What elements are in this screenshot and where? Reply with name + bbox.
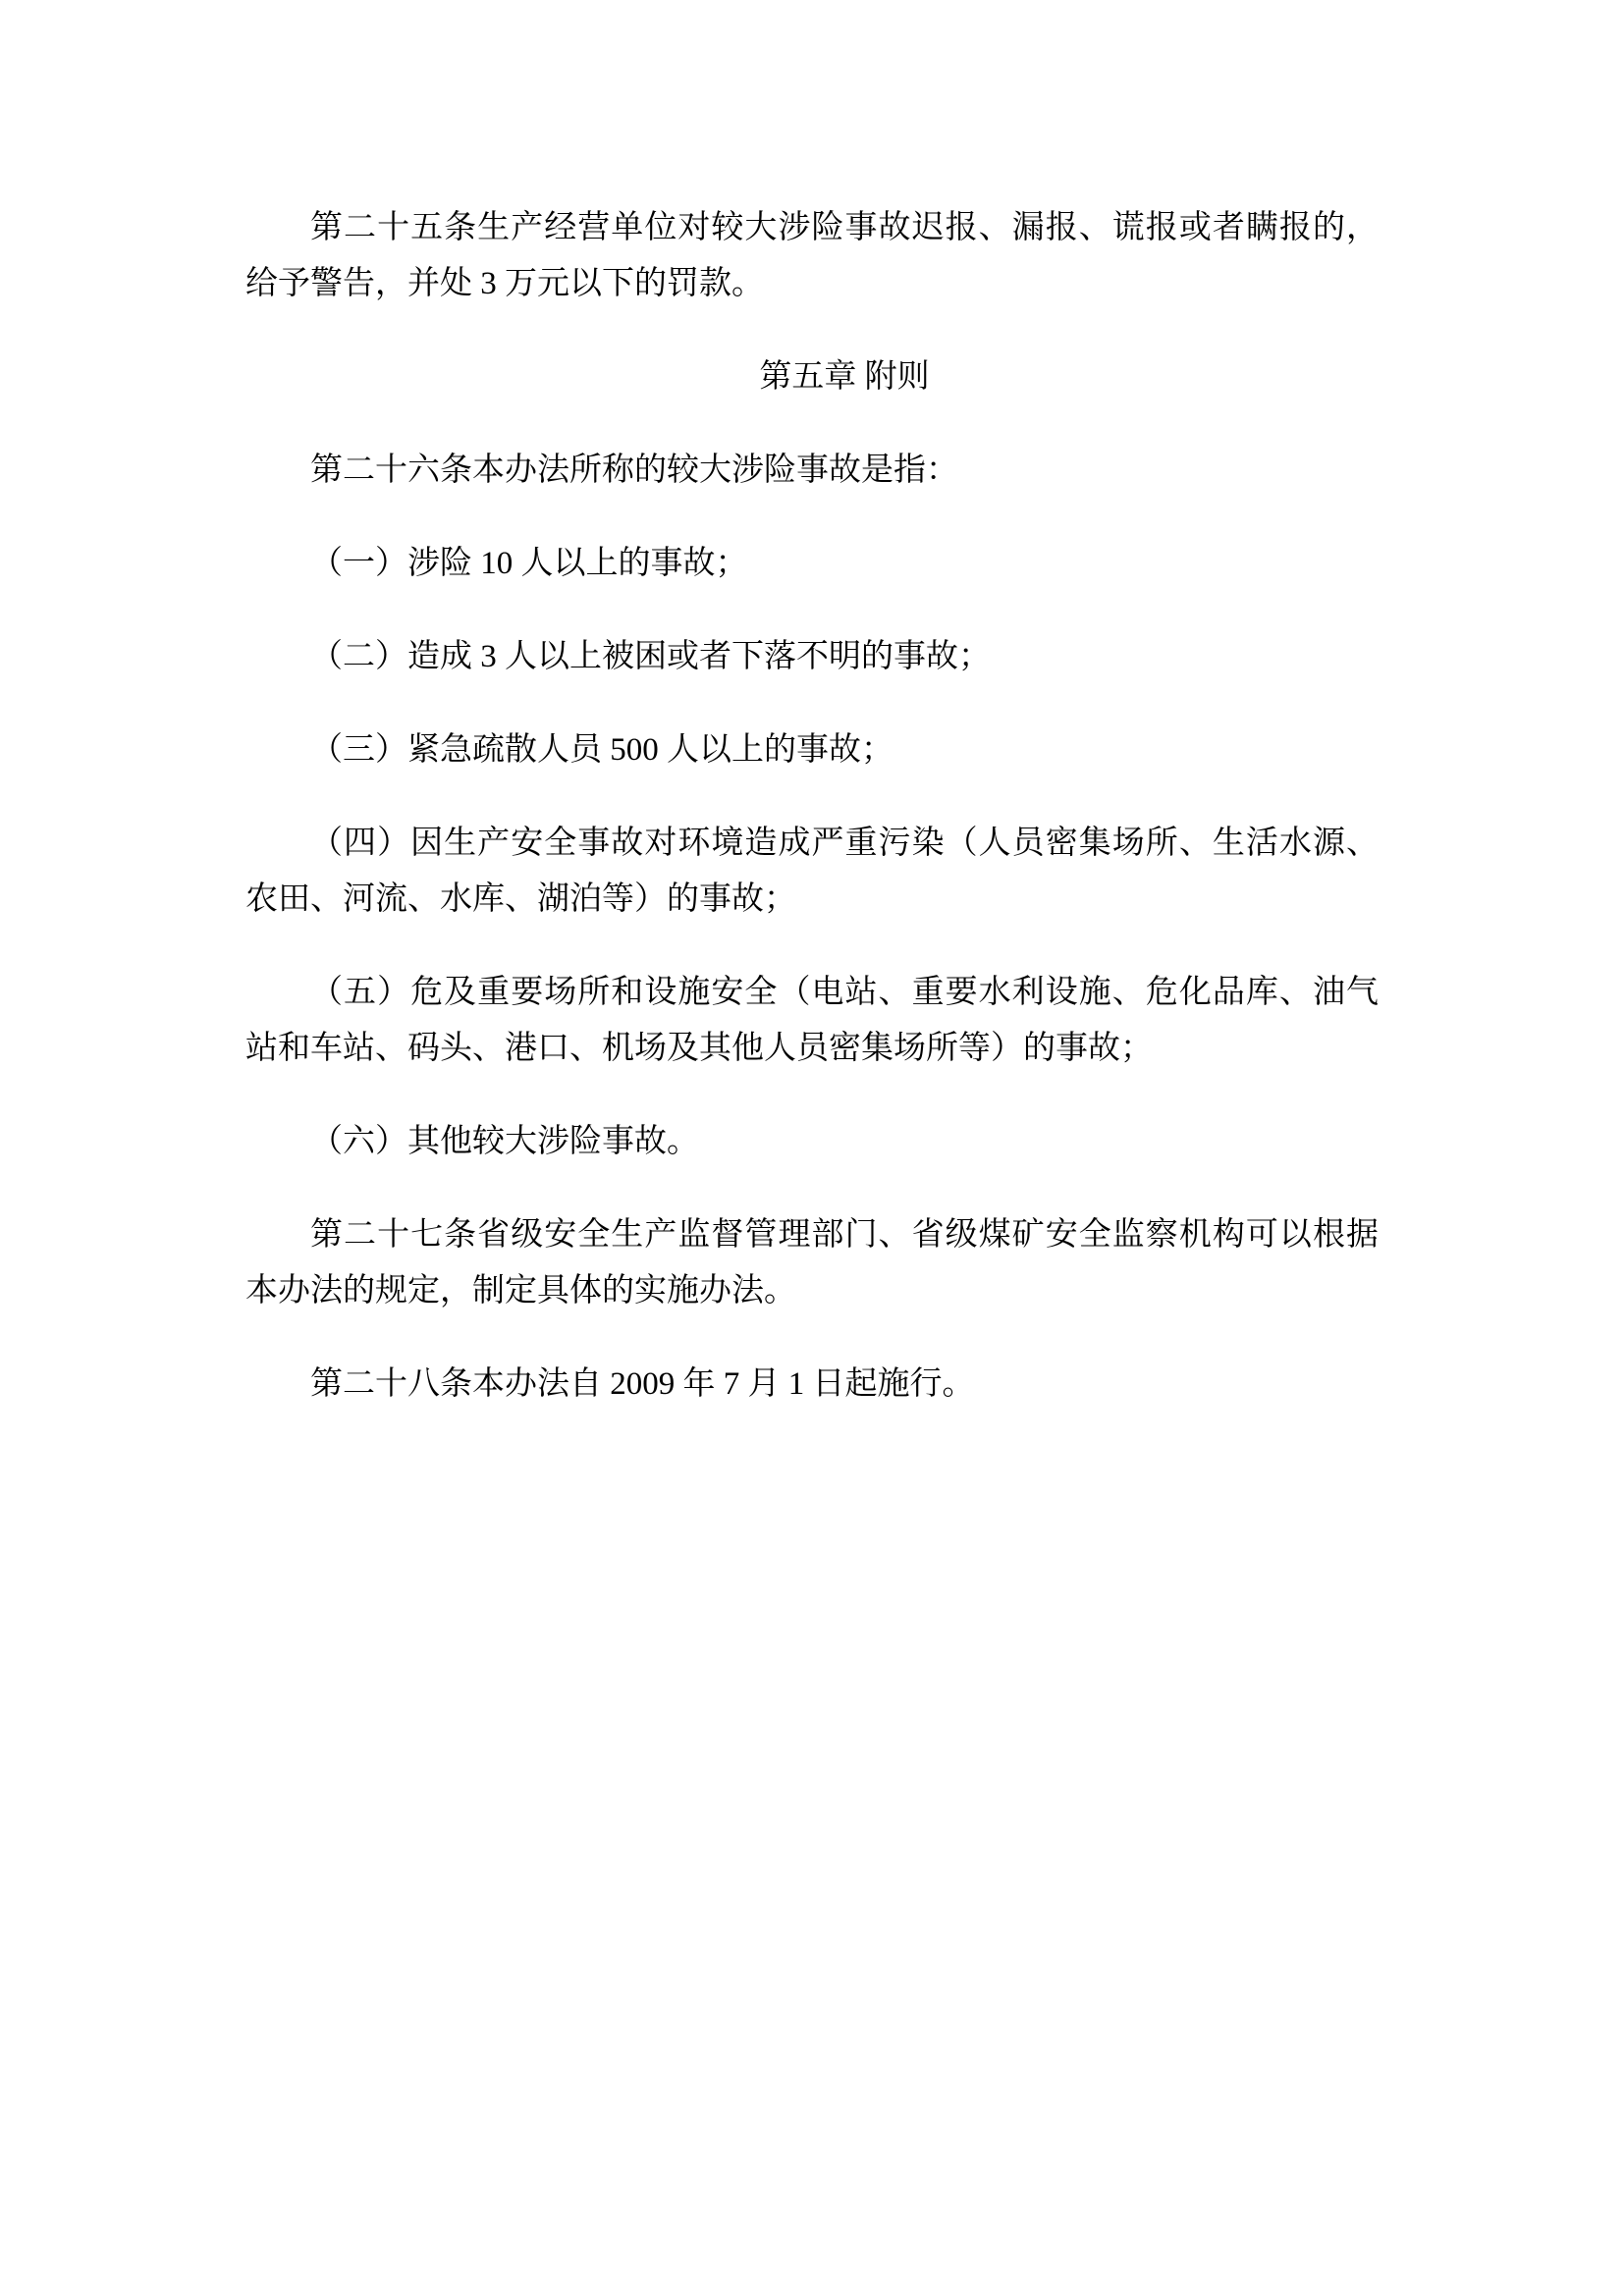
- document-content: 第二十五条生产经营单位对较大涉险事故迟报、漏报、谎报或者瞒报的，给予警告，并处 …: [245, 200, 1379, 1413]
- chapter-heading: 第五章 附则: [245, 349, 1379, 405]
- paragraph-article-27: 第二十七条省级安全生产监督管理部门、省级煤矿安全监察机构可以根据本办法的规定，制…: [245, 1207, 1379, 1319]
- paragraph-article-26: 第二十六条本办法所称的较大涉险事故是指：: [245, 443, 1379, 499]
- list-item-6: （六）其他较大涉险事故。: [245, 1114, 1379, 1170]
- list-item-3: （三）紧急疏散人员 500 人以上的事故；: [245, 722, 1379, 778]
- document-page: 第二十五条生产经营单位对较大涉险事故迟报、漏报、谎报或者瞒报的，给予警告，并处 …: [0, 0, 1624, 2296]
- list-item-2: （二）造成 3 人以上被困或者下落不明的事故；: [245, 629, 1379, 685]
- list-item-1: （一）涉险 10 人以上的事故；: [245, 536, 1379, 592]
- list-item-4: （四）因生产安全事故对环境造成严重污染（人员密集场所、生活水源、农田、河流、水库…: [245, 816, 1379, 928]
- paragraph-article-28: 第二十八条本办法自 2009 年 7 月 1 日起施行。: [245, 1357, 1379, 1413]
- paragraph-article-25: 第二十五条生产经营单位对较大涉险事故迟报、漏报、谎报或者瞒报的，给予警告，并处 …: [245, 200, 1379, 312]
- list-item-5: （五）危及重要场所和设施安全（电站、重要水利设施、危化品库、油气站和车站、码头、…: [245, 965, 1379, 1077]
